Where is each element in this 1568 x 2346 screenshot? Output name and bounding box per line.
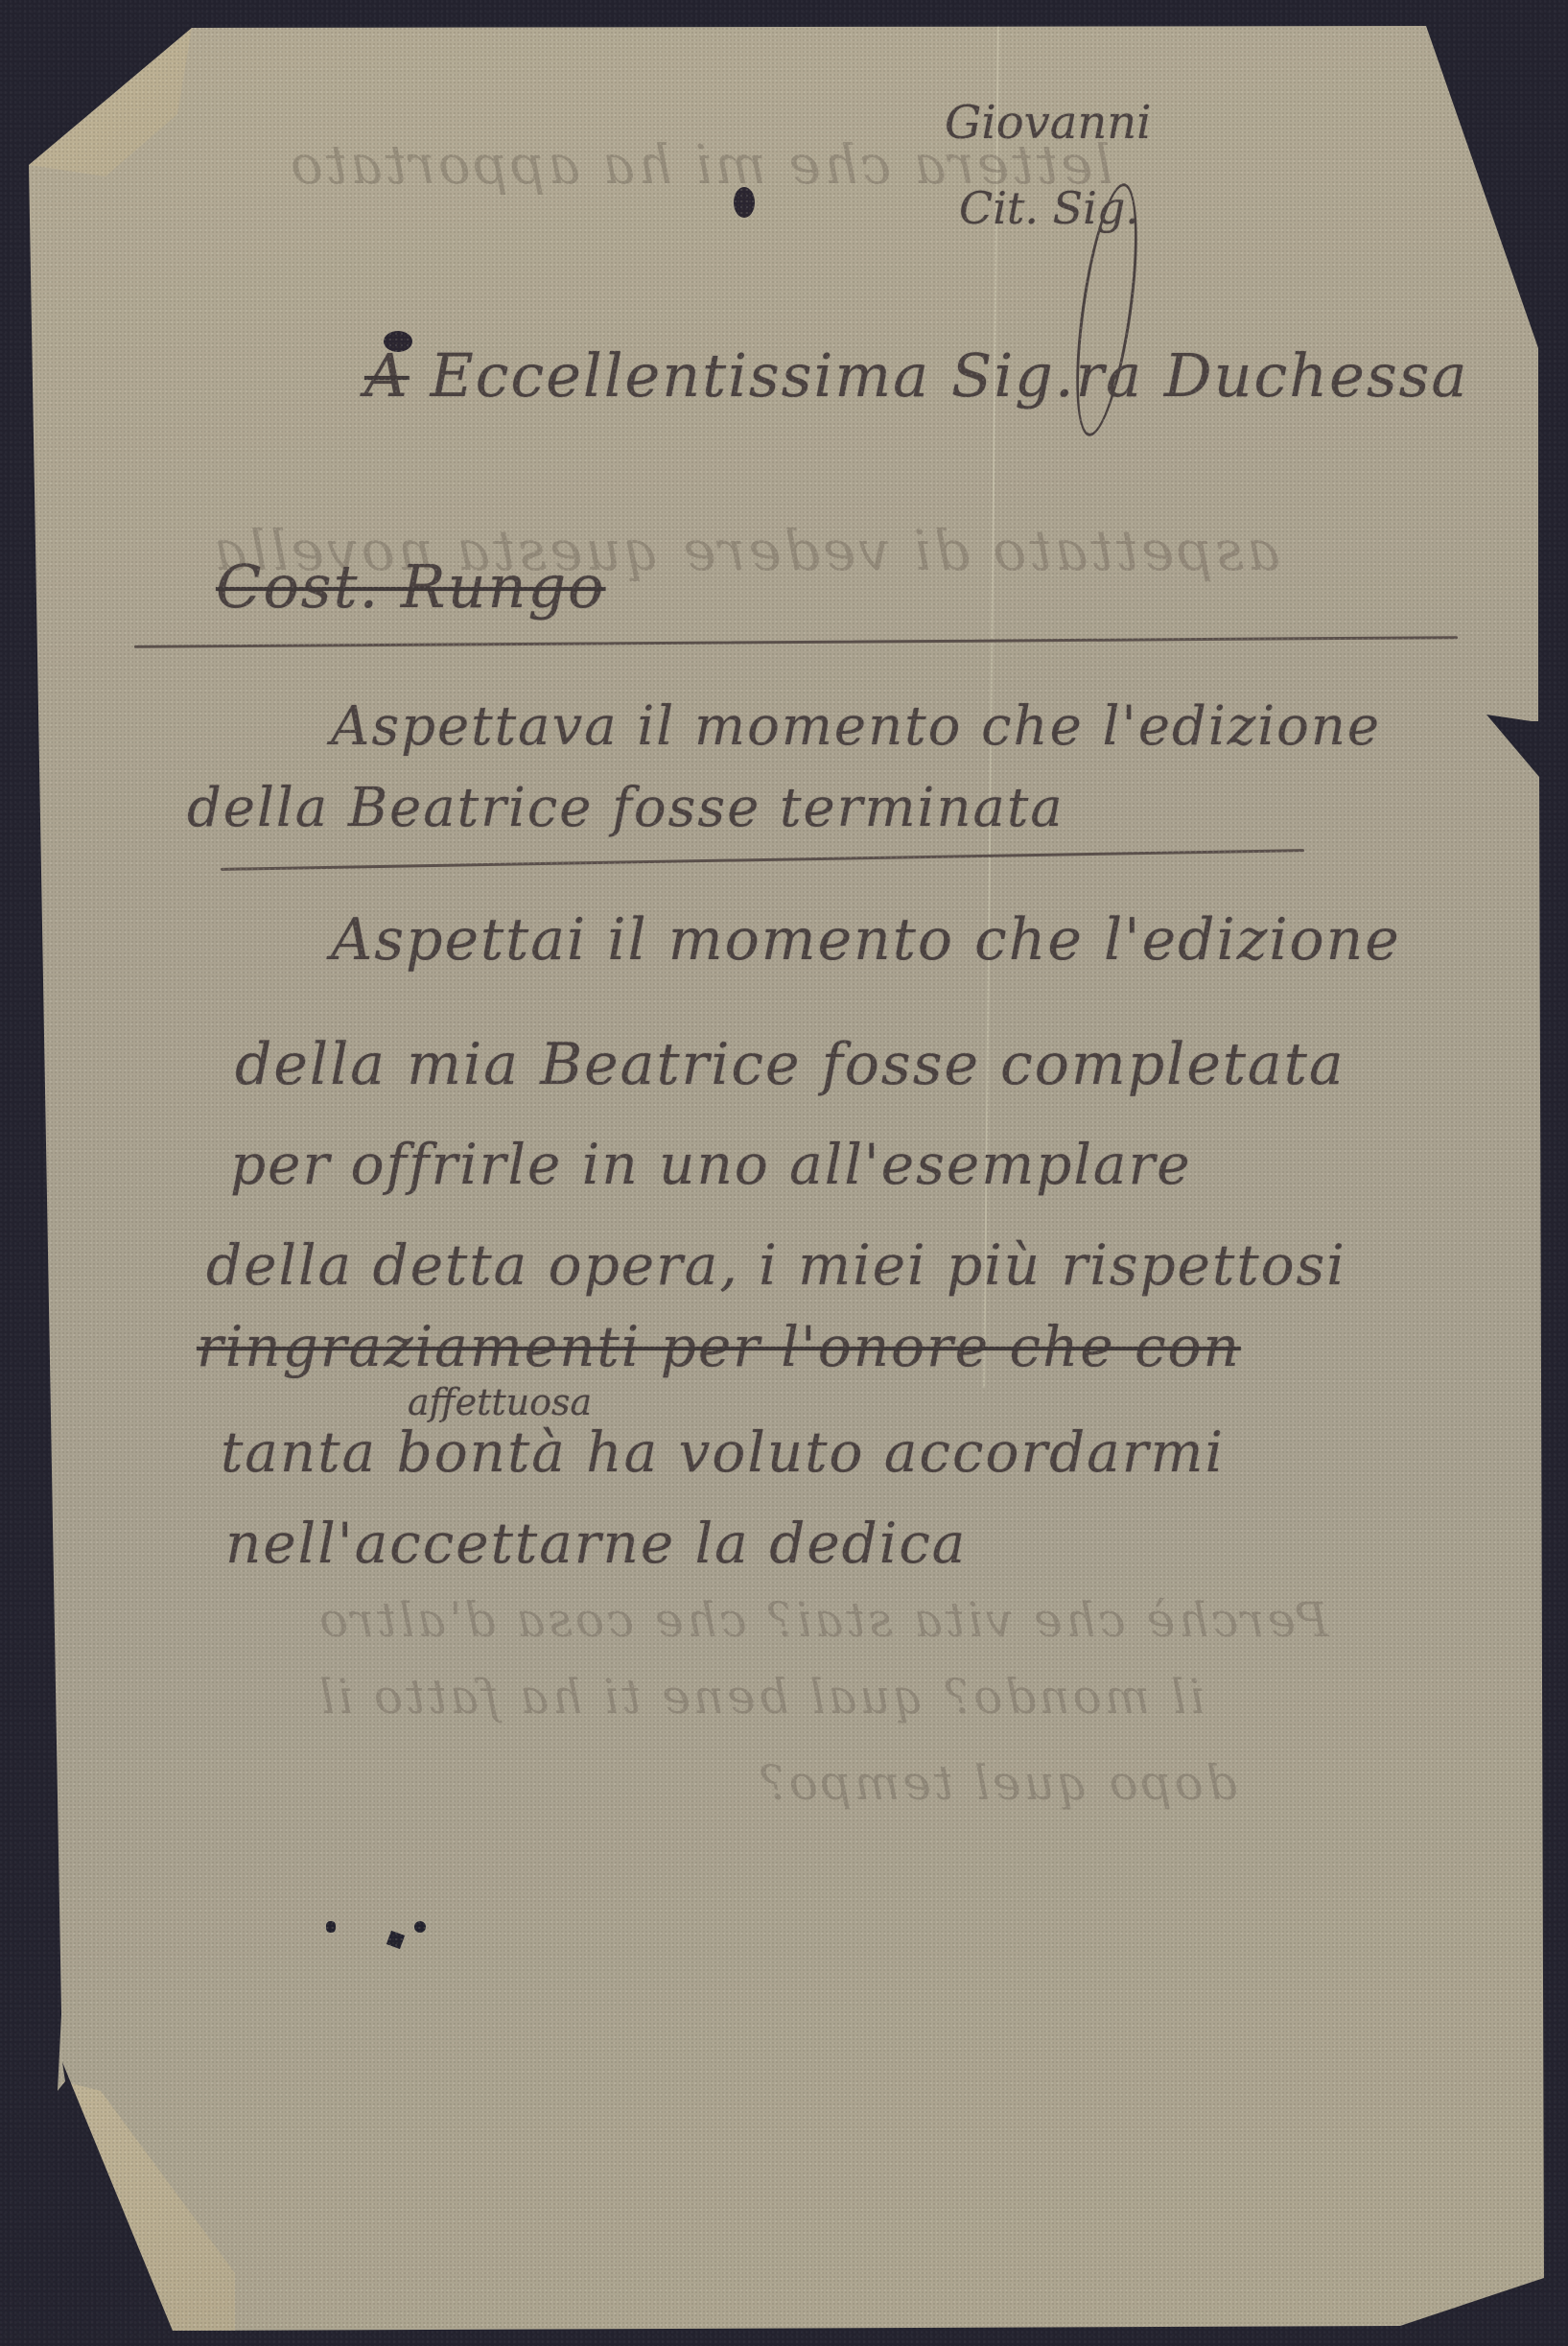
ink-blot xyxy=(734,187,755,218)
salutation-text: Eccellentissima Sig.ra Duchessa xyxy=(431,340,1469,411)
draft-2-line-6: tanta bontà ha voluto accordarmi xyxy=(221,1419,1225,1485)
salutation: A Eccellentissima Sig.ra Duchessa xyxy=(364,340,1468,411)
paper-crease xyxy=(983,26,999,1388)
manuscript-page: lettera che mi ha apportato aspettato di… xyxy=(0,0,1568,2346)
struck-heading: Cost. Rungo xyxy=(216,551,605,622)
draft-1-line-1: Aspettava il momento che l'edizione xyxy=(331,695,1381,758)
show-through-top: lettera che mi ha apportato xyxy=(288,134,1112,197)
draft-2-line-5: ringraziamenti per l'onore che con xyxy=(197,1314,1241,1379)
paper-hole xyxy=(326,1921,336,1933)
ink-loop-mark xyxy=(1065,180,1150,440)
underline-rule xyxy=(134,636,1458,648)
paper-hole xyxy=(414,1921,426,1933)
draft-2-line-1: Aspettai il momento che l'edizione xyxy=(331,906,1401,974)
annotation-line-2: Cit. Sig. xyxy=(959,182,1139,234)
show-through-line: aspettato di vedere questa novella xyxy=(211,518,1280,583)
draft-2-line-2: della mia Beatrice fosse completata xyxy=(235,1031,1346,1098)
interlinear-insertion: affettuosa xyxy=(408,1381,592,1423)
show-through-line: Perchè che vita stai? che cosa d'altro xyxy=(316,1592,1328,1648)
paper-hole xyxy=(386,1931,405,1949)
struck-word: ringraziamenti per l'onore che con xyxy=(197,1314,1241,1379)
salutation-prefix: A xyxy=(364,340,410,411)
draft-2-line-3: per offrirle in uno all'esemplare xyxy=(230,1132,1192,1197)
ink-blot xyxy=(384,331,412,352)
folded-corner-bottom-left xyxy=(62,2081,240,2331)
separator-rule xyxy=(221,849,1304,871)
folded-corner-top-left xyxy=(29,28,197,176)
draft-1-line-2: della Beatrice fosse terminata xyxy=(187,777,1065,839)
show-through-line: il mondo? qual bene ti ha fatto il xyxy=(316,1669,1205,1724)
draft-2-line-4: della detta opera, i miei più rispettosi xyxy=(206,1232,1346,1298)
draft-2-line-7: nell'accettarne la dedica xyxy=(225,1511,967,1576)
annotation-line-1: Giovanni xyxy=(945,96,1152,150)
show-through-line: dopo quel tempo? xyxy=(758,1755,1237,1811)
